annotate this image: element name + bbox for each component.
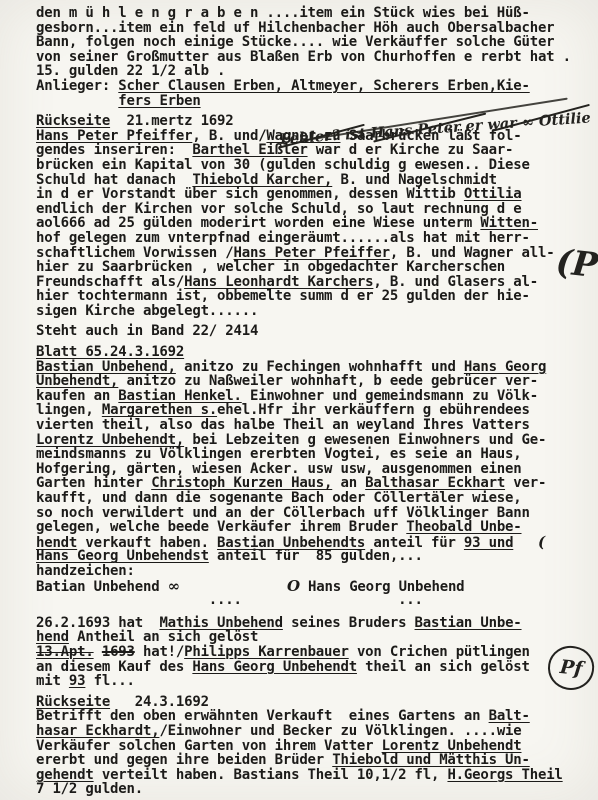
text-line: Hofgering, gärten, wiesen Acker. usw usw…: [36, 462, 594, 477]
text-segment: hier tochtermann ist, obbemelte summ d e…: [36, 288, 530, 304]
text-line: Garten hinter Christoph Kurzen Haus, an …: [36, 476, 594, 491]
text-line: meindsmanns zu Völklingen ererbten Vogte…: [36, 447, 594, 462]
text-segment: Hans Georg: [464, 359, 546, 375]
text-line: kaufft, und dann die sogenante Bach oder…: [36, 491, 594, 506]
text-segment: [36, 93, 118, 109]
text-line: Hans Georg Unbehendst anteil für 85 guld…: [36, 549, 594, 564]
text-segment: hat!/: [135, 644, 184, 660]
text-segment: fers Erben: [118, 93, 200, 109]
text-segment: hof gelegen zum vnterpfnad eingeräumt...…: [36, 230, 530, 246]
text-segment: Bastian Henkel.: [118, 388, 241, 404]
text-line: endlich der Kirchen vor solche Schuld, s…: [36, 202, 594, 217]
text-segment: hier zu Saarbrücken , welcher in obgedac…: [36, 259, 505, 275]
text-segment: hasar Eckhardt,: [36, 723, 159, 739]
text-segment: Mathis Unbehend: [159, 615, 282, 631]
text-line: gelegen, welche beede Verkäufer ihrem Br…: [36, 520, 594, 535]
text-segment: Hans Leonhardt Karchers: [184, 274, 373, 290]
text-segment: Einwohner und gemeindsmann zu Völk-: [242, 388, 538, 404]
text-segment: Saarbrücken läßt fol-: [340, 128, 521, 144]
text-line: Unbehendt, anitzo zu Naßweiler wohnhaft,…: [36, 374, 594, 389]
text-segment: Hans Georg Unbehendt: [192, 659, 357, 675]
text-block: den m ü h l e n g r a b e n ....item ein…: [36, 6, 594, 108]
text-block: Rückseite 24.3.1692Betrifft den oben erw…: [36, 695, 594, 797]
text-segment: Wagner zu: [266, 128, 340, 144]
text-segment: mit: [36, 673, 69, 689]
text-line: fers Erben: [36, 94, 594, 109]
text-line: Schuld hat danach Thiebold Karcher, B. u…: [36, 173, 594, 188]
text-segment: Balt-: [489, 708, 530, 724]
text-line: Rückseite 21.mertz 1692: [36, 114, 594, 129]
text-line: gesborn...item ein feld uf Hilchenbacher…: [36, 21, 594, 36]
text-segment: Anlieger:: [36, 78, 118, 94]
text-segment: den m ü h l e n g r a b e n ....item ein…: [36, 5, 530, 21]
text-line: Anlieger: Scher Clausen Erben, Altmeyer,…: [36, 79, 594, 94]
text-segment: 7 1/2 gulden.: [36, 781, 143, 797]
text-segment: Christoph Kurzen Haus,: [151, 475, 332, 491]
text-segment: .... ...: [36, 592, 423, 608]
text-segment: kaufen an: [36, 388, 118, 404]
text-segment: Rückseite: [36, 694, 110, 710]
text-line: hendt verkauft haben. Bastian Unbehendts…: [36, 535, 594, 550]
text-segment: brücken ein Kapital von 30 (gulden schul…: [36, 157, 530, 173]
text-segment: von seiner Großmutter aus Blaßen Erb von…: [36, 49, 571, 65]
text-segment: gelegen, welche beede Verkäufer ihrem Br…: [36, 519, 406, 535]
text-block: Rückseite 21.mertz 1692Hans Peter Pfeiff…: [36, 114, 594, 318]
handmark: (: [538, 533, 545, 551]
text-line: Hans Peter Pfeiffer, B. und/Wagner zu Sa…: [36, 129, 594, 144]
text-segment: Bastian Unbe-: [415, 615, 522, 631]
text-segment: ehel.Hfr ihr verkäuffern g ebührendees: [217, 402, 530, 418]
text-segment: Antheil an sich gelöst: [69, 629, 258, 645]
text-segment: 15. gulden 22 1/2 alb .: [36, 63, 225, 79]
text-segment: Bann, folgen noch einige Stücke.... wie …: [36, 34, 554, 50]
text-segment: [94, 644, 102, 660]
text-line: ererbt und gegen ihre beiden Brüder Thie…: [36, 753, 594, 768]
text-segment: vierten theil, also das halbe Theil an w…: [36, 417, 530, 433]
text-segment: , B. und Wagner all-: [390, 245, 555, 261]
text-segment: sigen Kirche abgelegt......: [36, 303, 258, 319]
text-segment: von Crichen pütlingen: [349, 644, 530, 660]
text-segment: war d er Kirche zu Saar-: [308, 142, 514, 158]
text-segment: 21.mertz 1692: [110, 113, 233, 129]
text-line: Rückseite 24.3.1692: [36, 695, 594, 710]
text-segment: endlich der Kirchen vor solche Schuld, s…: [36, 201, 522, 217]
text-segment: gendes inseriren:: [36, 142, 192, 158]
text-segment: verteilt haben. Bastians Theil 10,1/2 fl…: [94, 767, 448, 783]
text-segment: ererbt und gegen ihre beiden Brüder: [36, 752, 332, 768]
text-line: gendes inseriren: Barthel Eißler war d e…: [36, 143, 594, 158]
text-segment: , B. und Glasers al-: [373, 274, 538, 290]
text-segment: Balthasar Eckhart: [365, 475, 505, 491]
text-line: lingen, Margarethen s.ehel.Hfr ihr verkä…: [36, 403, 594, 418]
text-line: Batian Unbehend ∞ O Hans Georg Unbehend: [36, 579, 594, 594]
text-block: Blatt 65.24.3.1692Bastian Unbehend, anit…: [36, 345, 594, 608]
text-segment: /Einwohner und Becker zu Völklingen. ...…: [159, 723, 521, 739]
text-segment: Hans Peter Pfeiffer: [234, 245, 390, 261]
text-line: brücken ein Kapital von 30 (gulden schul…: [36, 158, 594, 173]
text-line: hof gelegen zum vnterpfnad eingeräumt...…: [36, 231, 594, 246]
text-line: Bastian Unbehend, anitzo zu Fechingen wo…: [36, 360, 594, 375]
text-line: hier zu Saarbrücken , welcher in obgedac…: [36, 260, 594, 275]
text-segment: Lorentz Unbehendt: [382, 738, 522, 754]
text-segment: Schuld hat danach: [36, 172, 192, 188]
text-segment: Garten hinter: [36, 475, 151, 491]
text-segment: gesborn...item ein feld uf Hilchenbacher…: [36, 20, 554, 36]
text-line: sigen Kirche abgelegt......: [36, 304, 594, 319]
text-line: 15. gulden 22 1/2 alb .: [36, 64, 594, 79]
text-line: Blatt 65.24.3.1692: [36, 345, 594, 360]
text-line: hasar Eckhardt,/Einwohner und Becker zu …: [36, 724, 594, 739]
text-segment: 93: [69, 673, 85, 689]
text-line: in d er Vorstandt über sich genommen, de…: [36, 187, 594, 202]
text-segment: so noch verwildert und an der Cöllerbach…: [36, 505, 530, 521]
text-segment: B. und Nagelschmidt: [332, 172, 497, 188]
text-segment: Steht auch in Band 22/ 2414: [36, 323, 258, 339]
text-line: Steht auch in Band 22/ 2414: [36, 324, 594, 339]
document-body: den m ü h l e n g r a b e n ....item ein…: [36, 6, 594, 797]
text-segment: 24.3.1692: [110, 694, 209, 710]
text-line: .... ...: [36, 593, 594, 608]
text-segment: fl...: [85, 673, 134, 689]
text-segment: handzeichen:: [36, 563, 135, 579]
text-segment: , B. und/: [192, 128, 266, 144]
scanned-document-page: den m ü h l e n g r a b e n ....item ein…: [0, 0, 598, 800]
text-line: 7 1/2 gulden.: [36, 782, 594, 797]
text-line: aol666 ad 25 gülden moderirt worden eine…: [36, 216, 594, 231]
text-segment: Witten-: [480, 215, 538, 231]
text-segment: Rückseite: [36, 113, 110, 129]
text-line: hend Antheil an sich gelöst: [36, 630, 594, 645]
text-segment: Theobald Unbe-: [406, 519, 521, 535]
text-segment: aol666 ad 25 gülden moderirt worden eine…: [36, 215, 480, 231]
text-line: kaufen an Bastian Henkel. Einwohner und …: [36, 389, 594, 404]
text-line: 26.2.1693 hat Mathis Unbehend seines Bru…: [36, 616, 594, 631]
text-segment: Hans Georg Unbehendst: [36, 548, 209, 564]
text-segment: kaufft, und dann die sogenante Bach oder…: [36, 490, 522, 506]
text-segment: anteil für 85 gulden,...: [209, 548, 423, 564]
text-segment: Bastian Unbehend,: [36, 359, 176, 375]
text-segment: Verkäufer solchen Garten von ihrem Vatte…: [36, 738, 382, 754]
text-segment: an: [332, 475, 365, 491]
text-segment: Hans Peter Pfeiffer: [36, 128, 192, 144]
text-segment: an diesem Kauf des: [36, 659, 192, 675]
text-line: gehendt verteilt haben. Bastians Theil 1…: [36, 768, 594, 783]
text-segment: Ottilia: [464, 186, 522, 202]
text-line: vierten theil, also das halbe Theil an w…: [36, 418, 594, 433]
text-segment: Freundschafft als/: [36, 274, 184, 290]
text-line: Verkäufer solchen Garten von ihrem Vatte…: [36, 739, 594, 754]
text-segment: Thiebold und Mätthis Un-: [332, 752, 530, 768]
text-segment: Blatt 65.24.3.1692: [36, 344, 184, 360]
text-segment: Philipps Karrenbauer: [184, 644, 349, 660]
text-line: handzeichen:: [36, 564, 594, 579]
text-segment: theil an sich gelöst: [357, 659, 530, 675]
text-line: Betrifft den oben erwähnten Verkauft ein…: [36, 709, 594, 724]
text-segment: anitzo zu Fechingen wohnhafft und: [176, 359, 464, 375]
text-segment: 93 und: [464, 535, 513, 551]
text-line: den m ü h l e n g r a b e n ....item ein…: [36, 6, 594, 21]
text-line: von seiner Großmutter aus Blaßen Erb von…: [36, 50, 594, 65]
text-segment: lingen,: [36, 402, 102, 418]
text-segment: [513, 535, 538, 551]
text-segment: H.Georgs Theil: [447, 767, 562, 783]
text-segment: 13.Apt.: [36, 644, 94, 660]
text-segment: Unbehendt,: [36, 373, 118, 389]
text-segment: Thiebold Karcher,: [192, 172, 332, 188]
text-segment: in d er Vorstandt über sich genommen, de…: [36, 186, 464, 202]
text-segment: Scher Clausen Erben, Altmeyer, Scherers …: [118, 78, 529, 94]
text-block: Steht auch in Band 22/ 2414: [36, 324, 594, 339]
text-segment: Hofgering, gärten, wiesen Acker. usw usw…: [36, 461, 522, 477]
text-segment: hend: [36, 629, 69, 645]
text-line: so noch verwildert und an der Cöllerbach…: [36, 506, 594, 521]
text-segment: anitzo zu Naßweiler wohnhaft, b eede geb…: [118, 373, 538, 389]
text-segment: ver-: [505, 475, 546, 491]
text-segment: 1693: [102, 644, 135, 660]
text-segment: meindsmanns zu Völklingen ererbten Vogte…: [36, 446, 522, 462]
text-segment: schaftlichem Vorwissen /: [36, 245, 234, 261]
text-segment: Barthel Eißler: [192, 142, 307, 158]
text-line: hier tochtermann ist, obbemelte summ d e…: [36, 289, 594, 304]
text-line: an diesem Kauf des Hans Georg Unbehendt …: [36, 660, 594, 675]
text-segment: Lorentz Unbehendt,: [36, 432, 184, 448]
text-segment: Betrifft den oben erwähnten Verkauft ein…: [36, 708, 489, 724]
text-line: schaftlichem Vorwissen /Hans Peter Pfeif…: [36, 246, 594, 261]
text-line: 13.Apt. 1693 hat!/Philipps Karrenbauer v…: [36, 645, 594, 660]
text-line: Freundschafft als/Hans Leonhardt Karcher…: [36, 275, 594, 290]
text-line: Bann, folgen noch einige Stücke.... wie …: [36, 35, 594, 50]
text-segment: seines Bruders: [283, 615, 415, 631]
text-line: Lorentz Unbehendt, bei Lebzeiten g ewese…: [36, 433, 594, 448]
text-segment: 26.2.1693 hat: [36, 615, 159, 631]
text-segment: Margarethen s.: [102, 402, 217, 418]
text-line: mit 93 fl...: [36, 674, 594, 689]
text-block: 26.2.1693 hat Mathis Unbehend seines Bru…: [36, 616, 594, 689]
text-segment: bei Lebzeiten g ewesenen Einwohners und …: [184, 432, 546, 448]
text-segment: gehendt: [36, 767, 94, 783]
